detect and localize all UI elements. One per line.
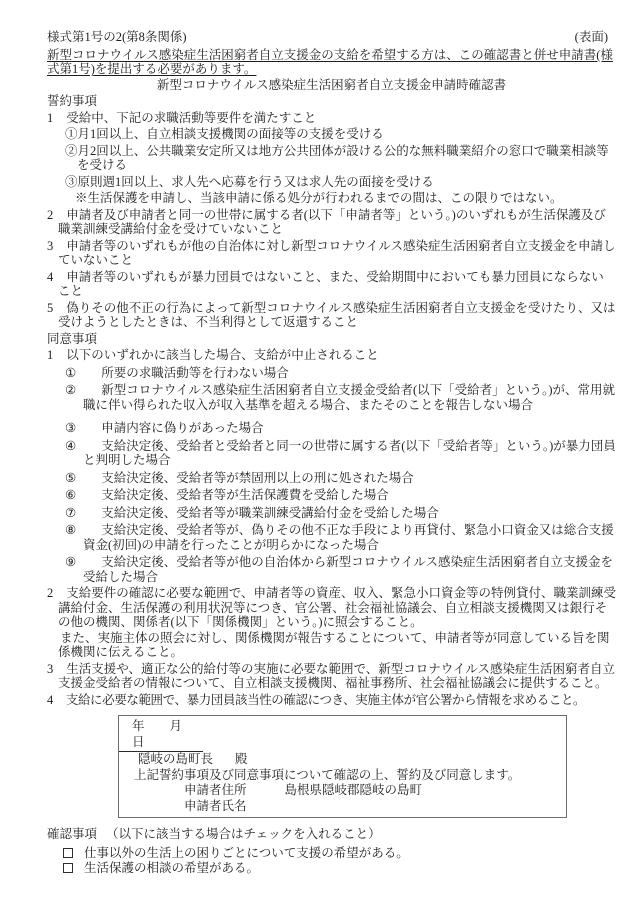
item-number: 1 [47, 348, 53, 362]
consent-item-1-sub-1: ①所要の求職活動等を行わない場合 [47, 366, 616, 381]
circled-number: ⑦ [65, 506, 76, 520]
checkbox-row-welfare-consultation: 生活保護の相談の希望がある。 [47, 861, 616, 876]
signature-box: 年 月 日 隠岐の島町長殿 上記誓約事項及び同意事項について確認の上、誓約及び同… [118, 715, 567, 818]
pledge-item-1-note: ※生活保護を申請し、当該申請に係る処分が行われるまでの間は、この限りではない。 [47, 191, 616, 206]
applicant-name-row: 申請者氏名 [119, 799, 566, 815]
consent-item-1-sub-8: ⑧支給決定後、受給者等が、偽りその他不正な手段により再貸付、緊急小口資金又は総合… [47, 523, 616, 552]
consent-item-1-sub-3: ③申請内容に偽りがあった場合 [47, 421, 616, 436]
addressee: 隠岐の島町長 [138, 752, 213, 766]
item-text: 支給要件の確認に必要な範囲で、申請者等の資産、収入、緊急小口資金等の特例貸付、職… [58, 586, 616, 629]
sub-text: 支給決定後、受給者等が生活保護費を受給した場合 [101, 488, 389, 502]
circled-number: ⑨ [65, 555, 76, 569]
confirmation-form-page: 様式第1号の2(第8条関係) (表面) 新型コロナウイルス感染症生活困窮者自立支… [0, 0, 630, 903]
item-number: 4 [47, 693, 53, 707]
item-text: 申請者等のいずれもが暴力団員ではないこと、また、受給期間中においても暴力団員にな… [58, 270, 604, 299]
consent-item-2: 2支給要件の確認に必要な範囲で、申請者等の資産、収入、緊急小口資金等の特例貸付、… [47, 586, 616, 630]
item-text: 受給中、下記の求職活動等要件を満たすこと [66, 111, 316, 125]
submission-notice: 新型コロナウイルス感染症生活困窮者自立支援金の支給を希望する方は、この確認書と併… [47, 48, 616, 77]
date-row: 年 月 日 [119, 719, 566, 752]
pledge-heading: 誓約事項 [47, 94, 616, 109]
circled-number: ② [65, 383, 76, 397]
item-text: 偽りその他不正の行為によって新型コロナウイルス感染症生活困窮者自立支援金を受けた… [58, 301, 616, 330]
circled-number: ⑤ [65, 471, 76, 485]
item-number: 2 [47, 586, 53, 600]
item-text: 申請者及び申請者と同一の世帯に属する者(以下「申請者等」という。)のいずれもが生… [58, 208, 606, 237]
checkbox-label: 生活保護の相談の希望がある。 [84, 861, 259, 875]
consent-item-2-extra: また、実施主体の照会に対し、関係機関が報告することについて、申請者等が同意してい… [47, 631, 616, 660]
pledge-item-5: 5偽りその他不正の行為によって新型コロナウイルス感染症生活困窮者自立支援金を受け… [47, 301, 616, 330]
checkbox-label: 仕事以外の生活上の困りごとについて支援の希望がある。 [84, 846, 409, 860]
sub-text: 所要の求職活動等を行わない場合 [101, 366, 289, 380]
item-text: 以下のいずれかに該当した場合、支給が中止されること [66, 348, 379, 362]
consent-item-1-sub-7: ⑦支給決定後、受給者等が職業訓練受講給付金を受給した場合 [47, 506, 616, 521]
checkbox-welfare-consultation[interactable] [63, 863, 73, 873]
consent-item-1-sub-2: ②新型コロナウイルス感染症生活困窮者自立支援金受給者(以下「受給者」という。)が… [47, 383, 616, 412]
sub-text: 支給決定後、受給者等が禁固刑以上の刑に処された場合 [101, 471, 414, 485]
sub-text: 支給決定後、受給者と受給者と同一の世帯に属する者(以下「受給者等」という。)が暴… [83, 439, 616, 468]
consent-heading: 同意事項 [47, 332, 616, 347]
consent-item-3: 3生活支援や、適正な公的給付等の実施に必要な範囲で、新型コロナウイルス感染症生活… [47, 662, 616, 691]
sub-text: 新型コロナウイルス感染症生活困窮者自立支援金受給者(以下「受給者」という。)が、… [83, 383, 615, 412]
circled-number: ③ [65, 175, 78, 189]
consent-item-1-sub-5: ⑤支給決定後、受給者等が禁固刑以上の刑に処された場合 [47, 471, 616, 486]
confirmation-instruction: （以下に該当する場合はチェックを入れること） [106, 827, 381, 841]
sub-text: 申請内容に偽りがあった場合 [101, 421, 263, 435]
circled-number: ② [65, 144, 78, 158]
consent-item-1: 1以下のいずれかに該当した場合、支給が中止されること [47, 348, 616, 363]
circled-number: ⑥ [65, 488, 76, 502]
consent-item-4: 4支給に必要な範囲で、暴力団員該当性の確認につき、実施主体が官公署から情報を求め… [47, 693, 616, 708]
checkbox-row-non-work-support: 仕事以外の生活上の困りごとについて支援の希望がある。 [47, 846, 616, 861]
circled-number: ③ [65, 421, 76, 435]
confirmation-heading: 確認事項 [47, 827, 97, 841]
date-field: 年 月 日 [119, 719, 203, 752]
submission-notice-text: 新型コロナウイルス感染症生活困窮者自立支援金の支給を希望する方は、この確認書と併… [47, 48, 613, 77]
item-number: 3 [47, 662, 53, 676]
pledge-item-1: 1受給中、下記の求職活動等要件を満たすこと [47, 111, 616, 126]
pledge-item-2: 2申請者及び申請者と同一の世帯に属する者(以下「申請者等」という。)のいずれもが… [47, 208, 616, 237]
sub-text: 月1回以上、自立相談支援機関の面接等の支援を受ける [78, 127, 384, 141]
item-text: 支給に必要な範囲で、暴力団員該当性の確認につき、実施主体が官公署から情報を求める… [66, 693, 585, 707]
form-code: 様式第1号の2(第8条関係) [47, 30, 187, 45]
item-number: 2 [47, 208, 53, 222]
honorific-label: 殿 [235, 752, 248, 766]
pledge-item-3: 3申請者等のいずれもが他の自治体に対し新型コロナウイルス感染症生活困窮者自立支援… [47, 239, 616, 268]
sub-text: 支給決定後、受給者等が、偽りその他不正な手段により再貸付、緊急小口資金又は総合支… [83, 523, 614, 552]
circled-number: ① [65, 366, 76, 380]
applicant-address-label: 申請者住所 [184, 783, 247, 797]
agreement-statement: 上記誓約事項及び同意事項について確認の上、誓約及び同意します。 [119, 768, 566, 784]
circled-number: ⑧ [65, 523, 76, 537]
circled-number: ④ [65, 439, 76, 453]
checkbox-non-work-support[interactable] [63, 848, 73, 858]
pledge-item-1-sub-3: ③原則週1回以上、求人先へ応募を行う又は求人先の面接を受ける [47, 175, 616, 190]
sub-text: 支給決定後、受給者等が職業訓練受講給付金を受給した場合 [101, 506, 439, 520]
applicant-name-label: 申請者氏名 [184, 799, 247, 813]
item-text: 生活支援や、適正な公的給付等の実施に必要な範囲で、新型コロナウイルス感染症生活困… [58, 662, 615, 691]
item-number: 1 [47, 111, 53, 125]
applicant-address-value: 島根県隠岐郡隠岐の島町 [285, 783, 423, 797]
consent-item-1-sub-9: ⑨支給決定後、受給者等が他の自治体から新型コロナウイルス感染症生活困窮者自立支援… [47, 555, 616, 584]
document-title: 新型コロナウイルス感染症生活困窮者自立支援金申請時確認書 [47, 78, 616, 93]
pledge-item-1-sub-1: ①月1回以上、自立相談支援機関の面接等の支援を受ける [47, 127, 616, 142]
sub-text: 原則週1回以上、求人先へ応募を行う又は求人先の面接を受ける [78, 175, 434, 189]
confirmation-header: 確認事項（以下に該当する場合はチェックを入れること） [47, 827, 616, 842]
consent-item-1-sub-6: ⑥支給決定後、受給者等が生活保護費を受給した場合 [47, 488, 616, 503]
addressee-row: 隠岐の島町長殿 [119, 752, 566, 768]
form-header: 様式第1号の2(第8条関係) (表面) [47, 30, 616, 45]
sub-text: 月2回以上、公共職業安定所又は地方公共団体が設ける公的な無料職業紹介の窓口で職業… [77, 144, 609, 173]
pledge-item-4: 4申請者等のいずれもが暴力団員ではないこと、また、受給期間中においても暴力団員に… [47, 270, 616, 299]
side-label: (表面) [575, 30, 608, 45]
consent-item-1-sub-4: ④支給決定後、受給者と受給者と同一の世帯に属する者(以下「受給者等」という。)が… [47, 439, 616, 468]
item-number: 4 [47, 270, 53, 284]
item-text: 申請者等のいずれもが他の自治体に対し新型コロナウイルス感染症生活困窮者自立支援金… [58, 239, 616, 268]
sub-text: 支給決定後、受給者等が他の自治体から新型コロナウイルス感染症生活困窮者自立支援金… [83, 555, 613, 584]
circled-number: ① [65, 127, 78, 141]
item-number: 3 [47, 239, 53, 253]
item-number: 5 [47, 301, 53, 315]
applicant-address-row: 申請者住所島根県隠岐郡隠岐の島町 [119, 783, 566, 799]
pledge-item-1-sub-2: ②月2回以上、公共職業安定所又は地方公共団体が設ける公的な無料職業紹介の窓口で職… [47, 144, 616, 173]
